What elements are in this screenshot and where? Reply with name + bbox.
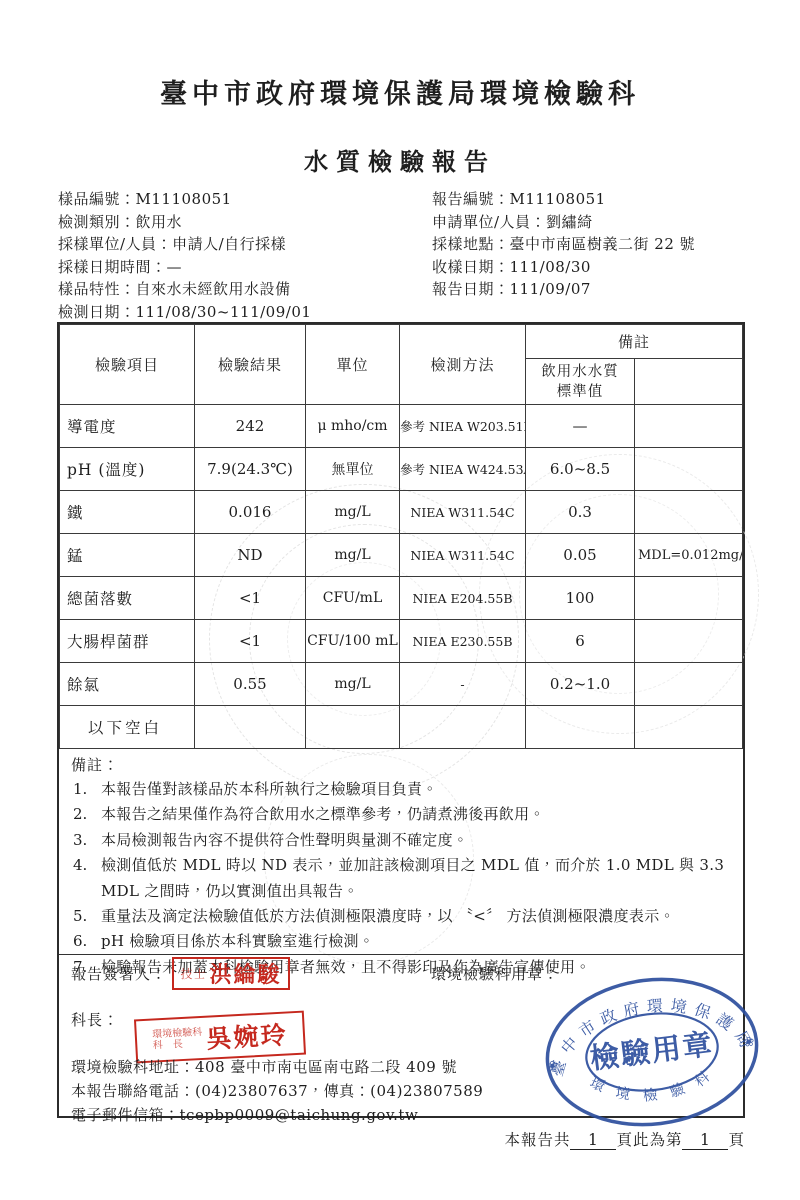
chief-name: 吳婉玲 (206, 1015, 289, 1055)
sampling-datetime-line: 採樣日期時間：— (58, 256, 311, 279)
signer-name: 洪綸駿 (210, 958, 282, 989)
note-item-4: 4.檢測值低於 MDL 時以 ND 表示，並加註該檢測項目之 MDL 值，而介於… (71, 853, 733, 904)
report-date-line: 報告日期：111/09/07 (432, 278, 695, 301)
table-row-blank-below: 以下空白 (60, 706, 743, 749)
sampling-location-line: 採樣地點：臺中市南區樹義二街 22 號 (432, 233, 695, 256)
results-table: 檢驗項目 檢驗結果 單位 檢測方法 備註 飲用水水質 標準值 導電度 242 (59, 324, 743, 749)
notes-title: 備註： (71, 753, 733, 777)
seal-center-text: 檢驗用章 (588, 1027, 715, 1076)
applicant-line: 申請單位/人員：劉繡綺 (432, 211, 695, 234)
agency-title: 臺中市政府環境保護局環境檢驗科 (0, 72, 800, 111)
col-header-result: 檢驗結果 (195, 325, 306, 405)
seal-flower-icon: ❀ (743, 1034, 756, 1050)
inspection-seal-stamp: 臺中市政府環境保護局 環境檢驗科 檢驗用章 ❀ ❀ (529, 957, 775, 1148)
table-row-coliform: 大腸桿菌群 <1 CFU/100 mL NIEA E230.55B 6 (60, 620, 743, 663)
note-item-1: 1.本報告僅對該樣品於本科所執行之檢驗項目負責。 (71, 777, 733, 802)
report-title: 水質檢驗報告 (0, 142, 800, 177)
chief-stamp-org: 環境檢驗科 科 長 (152, 1027, 203, 1052)
col-header-standard: 飲用水水質 標準值 (526, 359, 635, 405)
note-item-2: 2.本報告之結果僅作為符合飲用水之標準參考，仍請煮沸後再飲用。 (71, 802, 733, 827)
col-header-remark-blank (635, 359, 743, 405)
table-header-row-1: 檢驗項目 檢驗結果 單位 檢測方法 備註 (60, 325, 743, 359)
col-header-remark: 備註 (526, 325, 743, 359)
report-signer-label: 報告簽署人： (71, 963, 167, 984)
sample-property-line: 樣品特性：自來水未經飲用水設備 (58, 278, 311, 301)
report-page: 臺中市政府環境保護局環境檢驗科 水質檢驗報告 樣品編號：M11108051 檢測… (0, 0, 800, 1200)
col-header-item: 檢驗項目 (60, 325, 195, 405)
table-row-conductivity: 導電度 242 μ mho/cm 參考 NIEA W203.51B — (60, 405, 743, 448)
table-row-iron: 鐵 0.016 mg/L NIEA W311.54C 0.3 (60, 491, 743, 534)
table-row-residual-chlorine: 餘氯 0.55 mg/L - 0.2~1.0 (60, 663, 743, 706)
seal-flower-icon: ❀ (546, 1059, 559, 1075)
table-row-ph: pH (溫度) 7.9(24.3℃) 無單位 參考 NIEA W424.53A … (60, 448, 743, 491)
signer-name-stamp: 技士 洪綸駿 (172, 957, 290, 990)
note-item-5: 5.重量法及滴定法檢驗值低於方法偵測極限濃度時，以 〝<〞 方法偵測極限濃度表示… (71, 904, 733, 929)
report-info-right: 報告編號：M11108051 申請單位/人員：劉繡綺 採樣地點：臺中市南區樹義二… (432, 188, 695, 301)
note-item-6: 6.pH 檢驗項目係於本科實驗室進行檢測。 (71, 929, 733, 954)
section-seal-label: 環境檢驗科用章： (431, 963, 559, 984)
contact-block: 環境檢驗科地址：408 臺中市南屯區南屯路二段 409 號 本報告聯絡電話：(0… (71, 1055, 483, 1127)
current-page-value: 1 (682, 1132, 728, 1150)
section-chief-label: 科長： (71, 1009, 119, 1030)
test-date-line: 檢測日期：111/08/30~111/09/01 (58, 301, 311, 324)
sample-info-left: 樣品編號：M11108051 檢測類別：飲用水 採樣單位/人員：申請人/自行採樣… (58, 188, 311, 323)
sampling-unit-line: 採樣單位/人員：申請人/自行採樣 (58, 233, 311, 256)
address-line: 環境檢驗科地址：408 臺中市南屯區南屯路二段 409 號 (71, 1055, 483, 1079)
note-item-3: 3.本局檢測報告內容不提供符合性聲明與量測不確定度。 (71, 828, 733, 853)
signer-title: 技士 (180, 965, 206, 982)
table-row-total-bacteria: 總菌落數 <1 CFU/mL NIEA E204.55B 100 (60, 577, 743, 620)
col-header-method: 檢測方法 (400, 325, 526, 405)
sample-number-line: 樣品編號：M11108051 (58, 188, 311, 211)
test-category-line: 檢測類別：飲用水 (58, 211, 311, 234)
received-date-line: 收樣日期：111/08/30 (432, 256, 695, 279)
table-row-manganese: 錳 ND mg/L NIEA W311.54C 0.05 MDL=0.012mg… (60, 534, 743, 577)
phone-line: 本報告聯絡電話：(04)23807637，傳真：(04)23807589 (71, 1079, 483, 1103)
notes-section: 備註： 1.本報告僅對該樣品於本科所執行之檢驗項目負責。 2.本報告之結果僅作為… (59, 748, 743, 980)
email-line: 電子郵件信箱：tcepbp0009@taichung.gov.tw (71, 1103, 483, 1127)
col-header-unit: 單位 (306, 325, 400, 405)
report-number-line: 報告編號：M11108051 (432, 188, 695, 211)
